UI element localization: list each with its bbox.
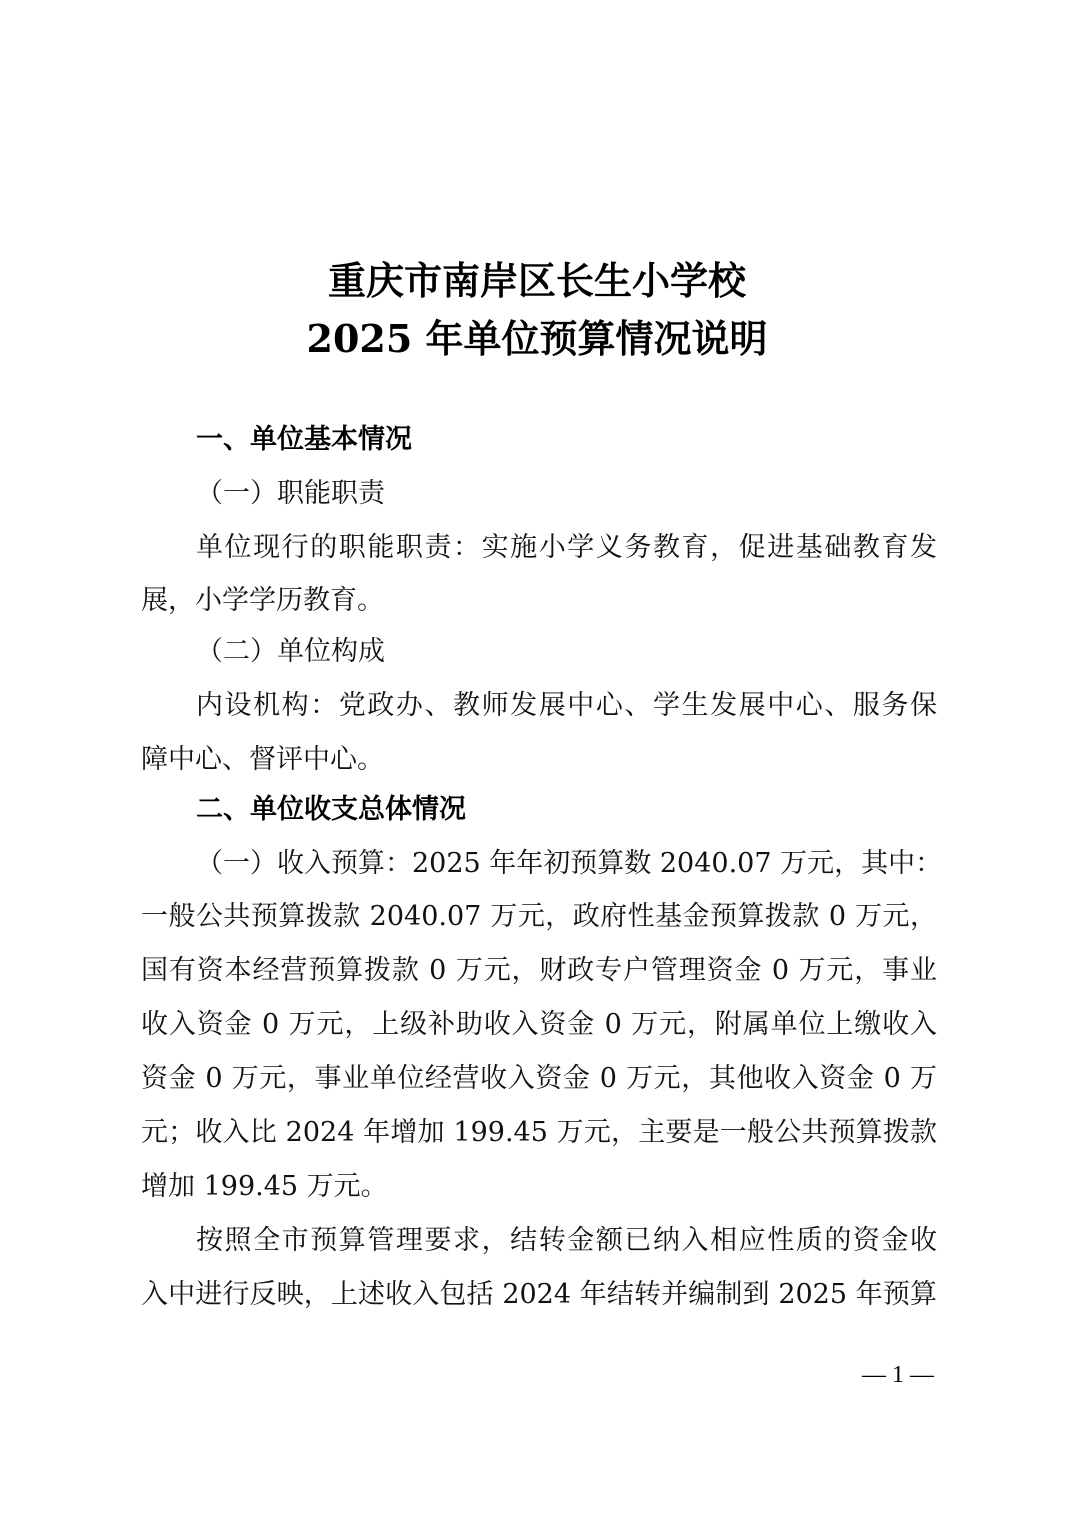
paragraph-line: 一般公共预算拨款 2040.07 万元，政府性基金预算拨款 0 万元， <box>141 897 937 937</box>
paragraph-line: （一）收入预算：2025 年年初预算数 2040.07 万元，其中： <box>196 844 937 884</box>
paragraph-line: 单位现行的职能职责：实施小学义务教育，促进基础教育发 <box>196 528 937 568</box>
document-title-line2: 2025 年单位预算情况说明 <box>0 308 1074 363</box>
section2-heading: 二、单位收支总体情况 <box>196 790 466 830</box>
paragraph-line: 展，小学学历教育。 <box>141 581 937 621</box>
paragraph-line: 入中进行反映，上述收入包括 2024 年结转并编制到 2025 年预算 <box>141 1275 937 1315</box>
paragraph-line: 国有资本经营预算拨款 0 万元，财政专户管理资金 0 万元，事业 <box>141 951 937 991</box>
paragraph-line: 收入资金 0 万元，上级补助收入资金 0 万元，附属单位上缴收入 <box>141 1005 937 1045</box>
paragraph-line: 按照全市预算管理要求，结转金额已纳入相应性质的资金收 <box>196 1221 937 1261</box>
paragraph-line: 资金 0 万元，事业单位经营收入资金 0 万元，其他收入资金 0 万 <box>141 1059 937 1099</box>
section1-heading: 一、单位基本情况 <box>196 420 412 460</box>
paragraph-line: 元；收入比 2024 年增加 199.45 万元，主要是一般公共预算拨款 <box>141 1113 937 1153</box>
paragraph-line: 内设机构：党政办、教师发展中心、学生发展中心、服务保 <box>196 686 937 726</box>
paragraph-line: 障中心、督评中心。 <box>141 740 937 780</box>
document-page: 重庆市南岸区长生小学校 2025 年单位预算情况说明 一、单位基本情况 （一）职… <box>0 0 1074 1520</box>
paragraph-line: 增加 199.45 万元。 <box>141 1167 937 1207</box>
section1-sub1-heading: （一）职能职责 <box>196 474 385 514</box>
section1-sub2-heading: （二）单位构成 <box>196 632 385 672</box>
page-number: — 1 — <box>862 1362 934 1389</box>
document-title-line1: 重庆市南岸区长生小学校 <box>0 250 1074 305</box>
